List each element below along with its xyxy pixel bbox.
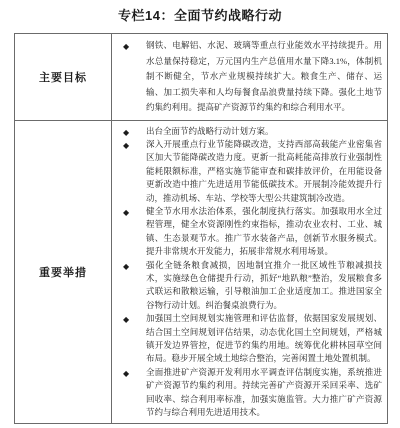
bullet-text: 加强国土空间规划实施管理和评估监督，依据国家发展规划、结合国土空间规划评估结果，… xyxy=(146,312,382,366)
bullet-text: 钢铁、电解铝、水泥、玻璃等重点行业能效水平持续提升。用水总量保持稳定，万元国内生… xyxy=(146,38,382,116)
column-table: 主要目标 ◆ 钢铁、电解铝、水泥、玻璃等重点行业能效水平持续提升。用水总量保持稳… xyxy=(14,33,388,424)
list-item: ◆ 强化全链条粮食减损，因地制宜推介一批区域性节粮减损技术，实施绿色仓储提升行动… xyxy=(112,259,387,313)
key-measures-content: ◆ 出台全面节约战略行动计划方案。 ◆ 深入开展重点行业节能降碳改造，支持西部高… xyxy=(112,121,387,424)
list-item: ◆ 健全节水用水法治体系，强化制度执行落实。加强取用水全过程管理，健全水资源刚性… xyxy=(112,205,387,259)
page-title: 专栏14：全面节约战略行动 xyxy=(0,0,400,25)
row-label-text: 重要举措 xyxy=(39,264,87,280)
list-item: ◆ 加强国土空间规划实施管理和评估监督，依据国家发展规划、结合国土空间规划评估结… xyxy=(112,312,387,366)
bullet-text: 健全节水用水法治体系，强化制度执行落实。加强取用水全过程管理，健全水资源刚性约束… xyxy=(146,205,382,259)
diamond-bullet-icon: ◆ xyxy=(123,39,129,55)
diamond-bullet-icon: ◆ xyxy=(123,126,129,139)
bullet-text: 出台全面节约战略行动计划方案。 xyxy=(146,125,382,138)
list-item: ◆ 出台全面节约战略行动计划方案。 xyxy=(112,125,387,138)
row-label-text: 主要目标 xyxy=(39,69,87,85)
diamond-bullet-icon: ◆ xyxy=(123,367,129,380)
row-label-main-goals: 主要目标 xyxy=(15,34,112,121)
bullet-text: 深入开展重点行业节能降碳改造，支持西部高载能产业密集省区加大节能降碳改造力度。更… xyxy=(146,138,382,205)
list-item: ◆ 全面推进矿产资源开发利用水平调查评估制度实施，系统推进矿产资源节约集约利用。… xyxy=(112,366,387,420)
diamond-bullet-icon: ◆ xyxy=(123,313,129,326)
diamond-bullet-icon: ◆ xyxy=(123,139,129,152)
row-label-key-measures: 重要举措 xyxy=(15,121,112,424)
diamond-bullet-icon: ◆ xyxy=(123,260,129,273)
bullet-text: 全面推进矿产资源开发利用水平调查评估制度实施，系统推进矿产资源节约集约利用。持续… xyxy=(146,366,382,420)
list-item: ◆ 深入开展重点行业节能降碳改造，支持西部高载能产业密集省区加大节能降碳改造力度… xyxy=(112,138,387,205)
diamond-bullet-icon: ◆ xyxy=(123,206,129,219)
bullet-text: 强化全链条粮食减损，因地制宜推介一批区域性节粮减损技术，实施绿色仓储提升行动，抓… xyxy=(146,259,382,313)
list-item: ◆ 钢铁、电解铝、水泥、玻璃等重点行业能效水平持续提升。用水总量保持稳定，万元国… xyxy=(112,38,387,116)
main-goals-content: ◆ 钢铁、电解铝、水泥、玻璃等重点行业能效水平持续提升。用水总量保持稳定，万元国… xyxy=(112,34,387,121)
